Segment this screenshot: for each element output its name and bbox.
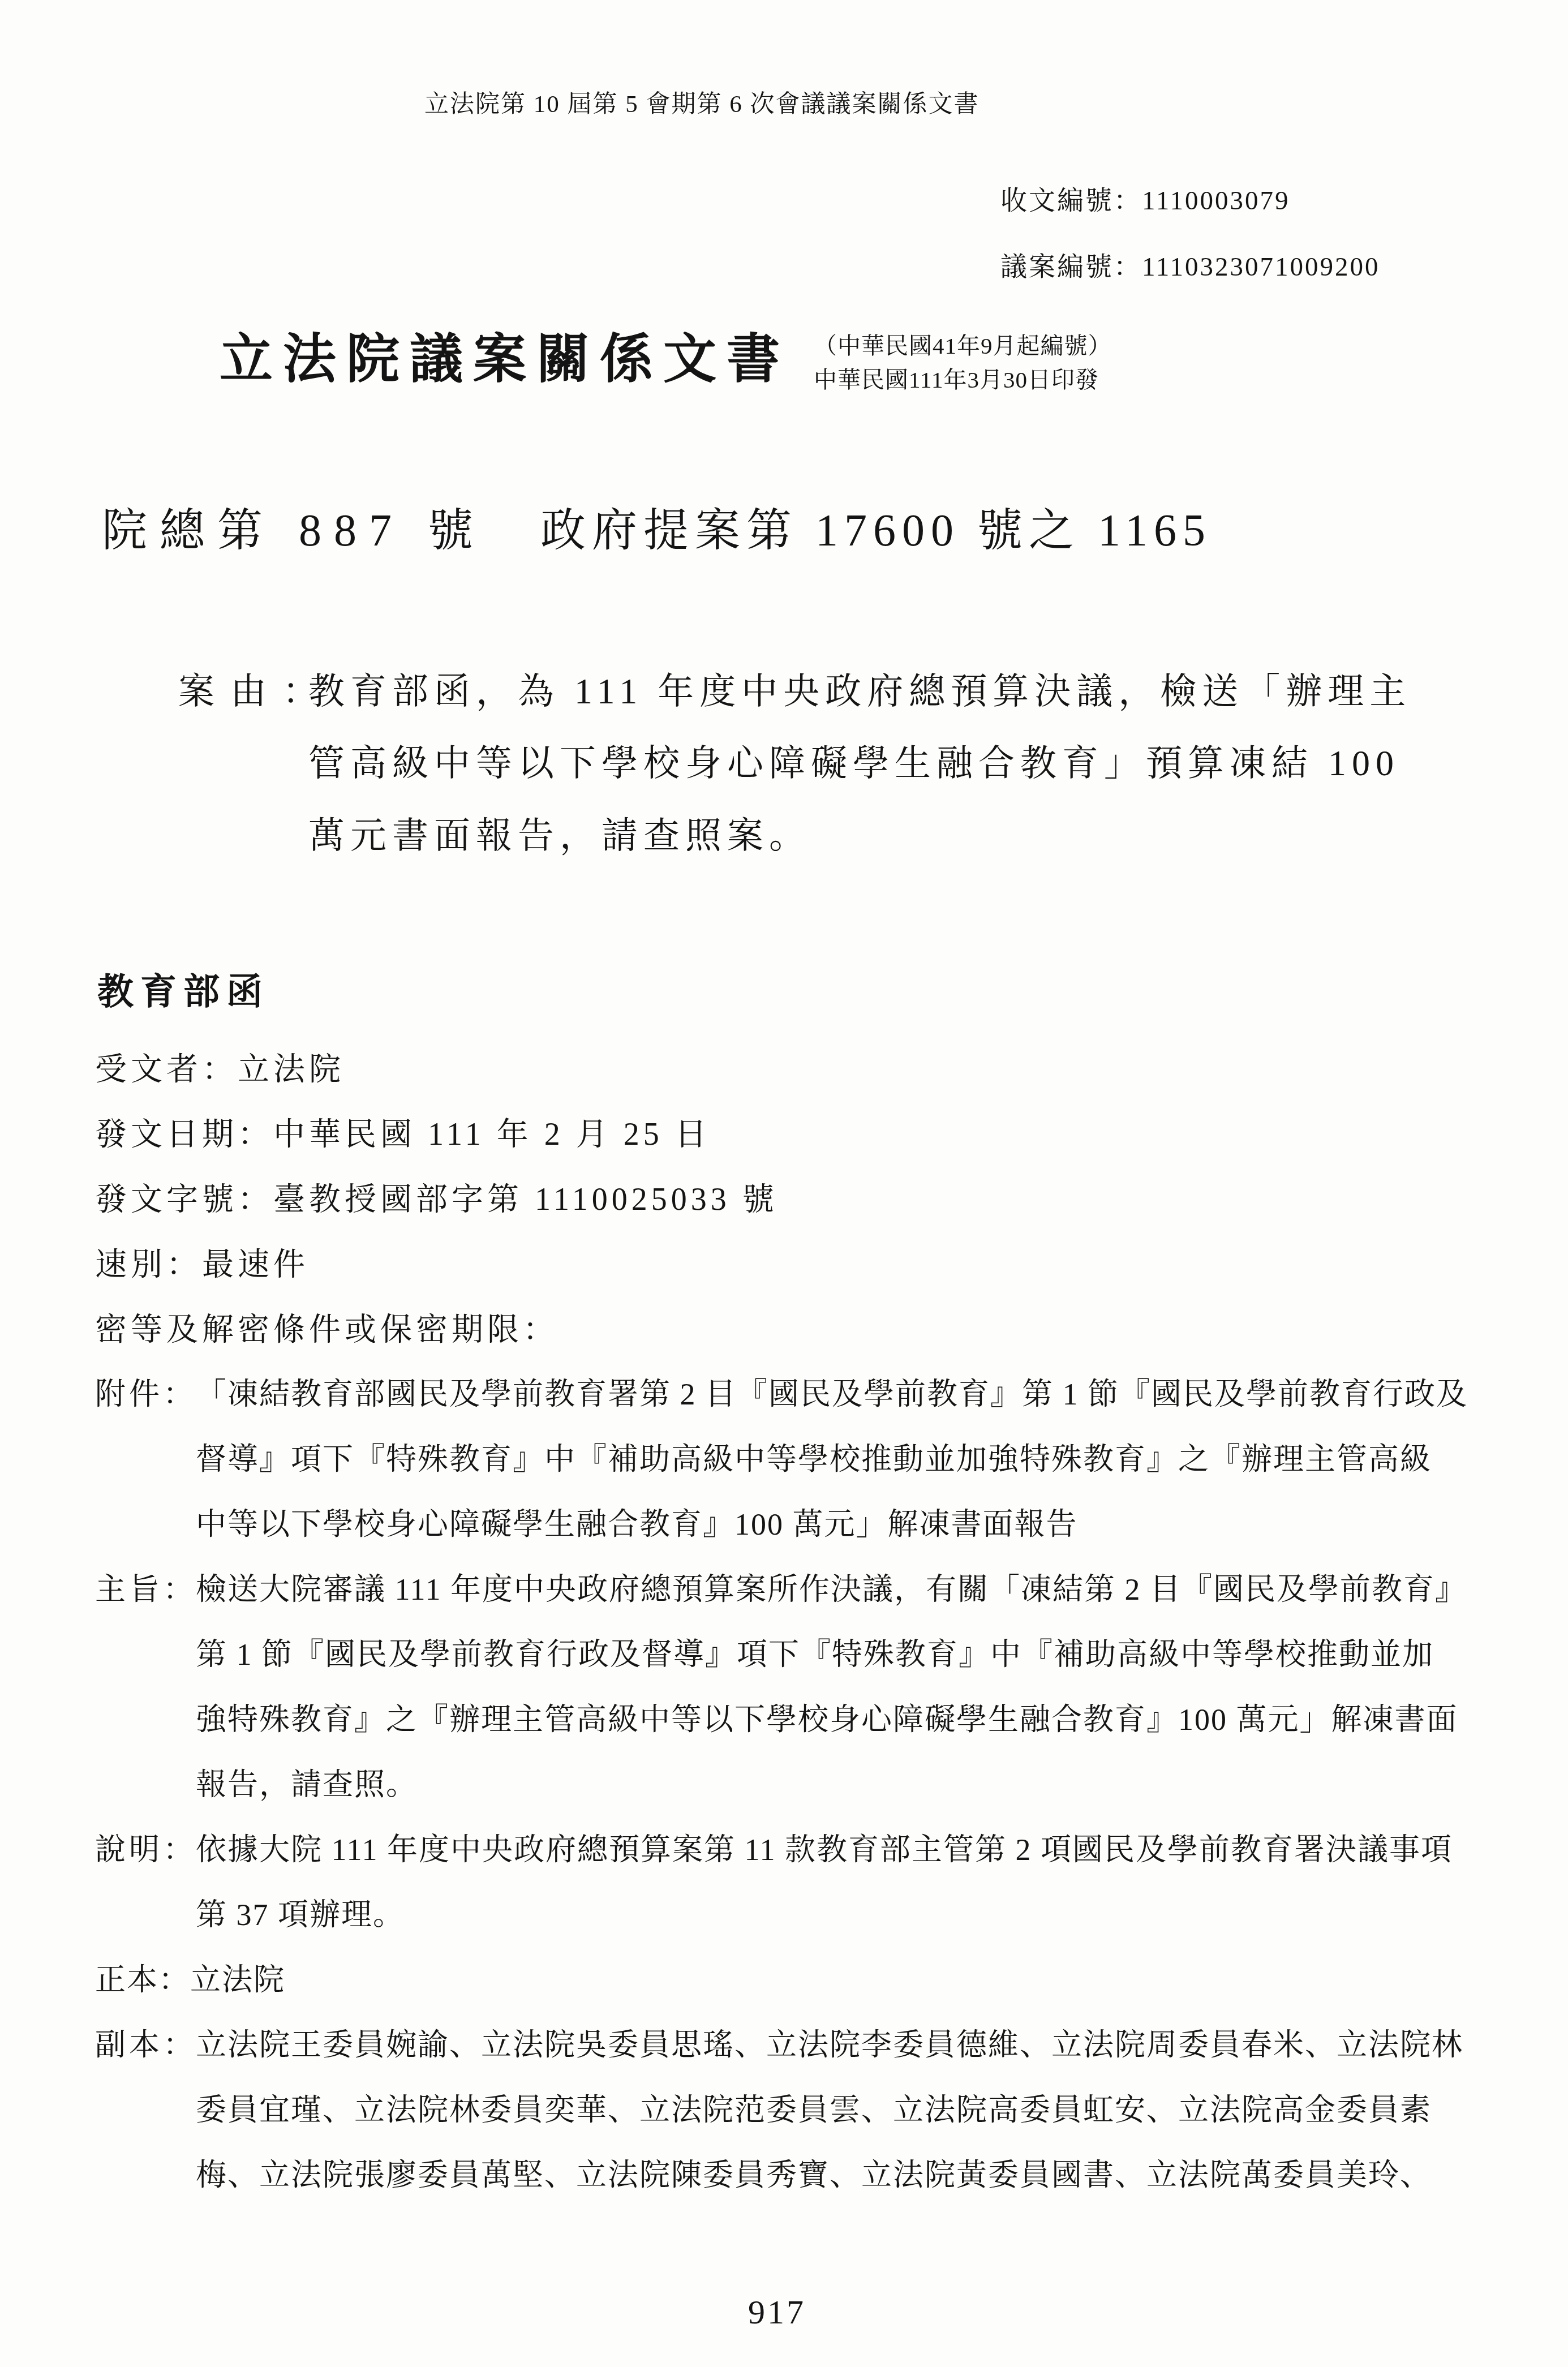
original-copy-line: 正本：立法院 — [95, 1962, 285, 1997]
carbon-copy-text: 立法院王委員婉諭、立法院吳委員思瑤、立法院李委員德維、立法院周委員春米、立法院林 — [196, 2028, 1463, 2062]
recipient-line: 受文者：立法院 — [95, 1051, 345, 1088]
case-summary-text: 教育部函，為 111 年度中央政府總預算決議，檢送「辦理主 — [308, 671, 1411, 711]
case-summary-line-2: 管高級中等以下學校身心障礙學生融合教育」預算凍結 100 — [308, 742, 1399, 784]
attachment-text: 「凍結教育部國民及學前教育署第 2 目『國民及學前教育』第 1 節『國民及學前教… — [196, 1377, 1468, 1411]
yuan-case-number: 院總第 887 號 — [102, 505, 486, 557]
bill-number: 議案編號：1110323071009200 — [1000, 252, 1380, 282]
attachment-line-3: 中等以下學校身心障礙學生融合教育』100 萬元」解凍書面報告 — [196, 1507, 1078, 1542]
carbon-copy-line-2: 委員宜瑾、立法院林委員奕華、立法院范委員雲、立法院高委員虹安、立法院高金委員素 — [196, 2093, 1432, 2128]
receipt-number: 收文編號：1110003079 — [1000, 186, 1290, 216]
subject-label: 主旨： — [95, 1572, 196, 1607]
description-line-2: 第 37 項辦理。 — [196, 1897, 405, 1932]
session-header: 立法院第 10 屆第 5 會期第 6 次會議議案關係文書 — [424, 91, 980, 118]
case-summary-line-3: 萬元書面報告，請查照案。 — [308, 815, 811, 857]
subject-line-3: 強特殊教育』之『辦理主管高級中等以下學校身心障礙學生融合教育』100 萬元」解凍… — [196, 1702, 1458, 1737]
carbon-copy-line-3: 梅、立法院張廖委員萬堅、立法院陳委員秀寶、立法院黃委員國書、立法院萬委員美玲、 — [196, 2158, 1432, 2193]
attachment-line-1: 附件：「凍結教育部國民及學前教育署第 2 目『國民及學前教育』第 1 節『國民及… — [95, 1377, 1468, 1412]
case-summary-line-1: 案由：教育部函，為 111 年度中央政府總預算決議，檢送「辦理主 — [178, 671, 1411, 712]
document-page: 立法院第 10 屆第 5 會期第 6 次會議議案關係文書 收文編號：111000… — [0, 0, 1568, 2367]
carbon-copy-line-1: 副本：立法院王委員婉諭、立法院吳委員思瑤、立法院李委員德維、立法院周委員春米、立… — [95, 2027, 1463, 2063]
subject-text: 檢送大院審議 111 年度中央政府總預算案所作決議，有關「凍結第 2 目『國民及… — [196, 1573, 1467, 1606]
subject-line-2: 第 1 節『國民及學前教育行政及督導』項下『特殊教育』中『補助高級中等學校推動並… — [196, 1637, 1434, 1672]
government-proposal-number: 政府提案第 17600 號之 1165 — [540, 505, 1212, 557]
reference-number-line: 發文字號：臺教授國部字第 1110025033 號 — [95, 1182, 778, 1218]
attachment-line-2: 督導』項下『特殊教育』中『補助高級中等學校推動並加強特殊教育』之『辦理主管高級 — [196, 1442, 1432, 1477]
description-text: 依據大院 111 年度中央政府總預算案第 11 款教育部主管第 2 項國民及學前… — [196, 1833, 1453, 1867]
subject-line-4: 報告，請查照。 — [196, 1767, 418, 1802]
case-summary-label: 案由： — [178, 671, 308, 712]
carbon-copy-label: 副本： — [95, 2027, 196, 2063]
document-title: 立法院議案關係文書 — [220, 329, 790, 390]
attachment-label: 附件： — [95, 1377, 196, 1412]
priority-line: 速別：最速件 — [95, 1247, 309, 1283]
description-label: 說明： — [95, 1832, 196, 1867]
title-note-print-date: 中華民國111年3月30日印發 — [814, 367, 1099, 393]
issue-date-line: 發文日期：中華民國 111 年 2 月 25 日 — [95, 1116, 711, 1153]
description-line-1: 說明：依據大院 111 年度中央政府總預算案第 11 款教育部主管第 2 項國民… — [95, 1832, 1453, 1867]
subject-line-1: 主旨：檢送大院審議 111 年度中央政府總預算案所作決議，有關「凍結第 2 目『… — [95, 1572, 1467, 1607]
title-note-start-numbering: （中華民國41年9月起編號） — [814, 333, 1112, 359]
page-number: 917 — [748, 2293, 806, 2332]
ministry-letter-title: 教育部函 — [97, 971, 269, 1013]
security-classification-line: 密等及解密條件或保密期限： — [95, 1312, 559, 1348]
